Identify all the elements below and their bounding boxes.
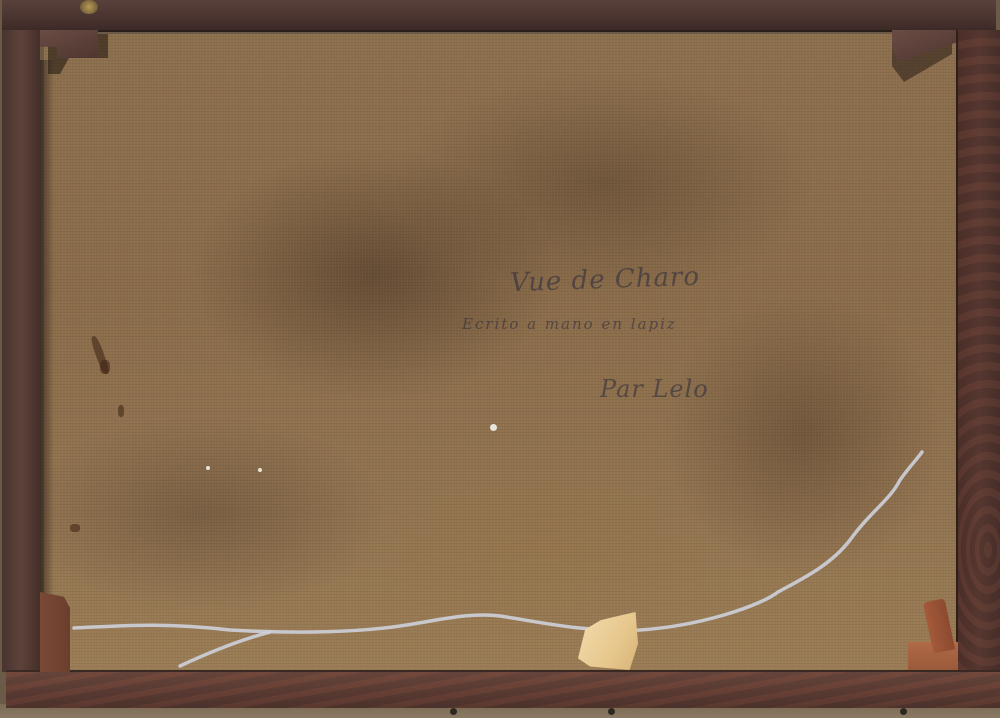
frame-shadow	[40, 60, 54, 600]
canvas-back-photo: Vue de Charo Ecrito a mano en lapiz Par …	[0, 0, 1000, 718]
paint-speck	[258, 468, 262, 472]
pencil-inscription: Vue de Charo Ecrito a mano en lapiz Par …	[450, 225, 850, 445]
stain-drip	[100, 360, 110, 374]
corner-wedge-bottom-left	[40, 592, 70, 672]
stain-drip	[118, 405, 124, 417]
stain-drip	[70, 524, 80, 532]
stretcher-bar-right	[956, 30, 1000, 672]
stretcher-bar-left	[2, 30, 40, 672]
nail-head	[450, 708, 457, 715]
inscription-line-1: Vue de Charo	[510, 262, 701, 299]
nail-head	[900, 708, 907, 715]
paint-speck	[206, 466, 210, 470]
inscription-line-2: Ecrito a mano en lapiz	[462, 315, 677, 333]
bee-icon	[80, 0, 98, 14]
stretcher-bar-bottom	[6, 670, 1000, 708]
inscription-line-3: Par Lelo	[600, 375, 709, 403]
nail-head	[608, 708, 615, 715]
stretcher-bar-top	[2, 0, 996, 32]
